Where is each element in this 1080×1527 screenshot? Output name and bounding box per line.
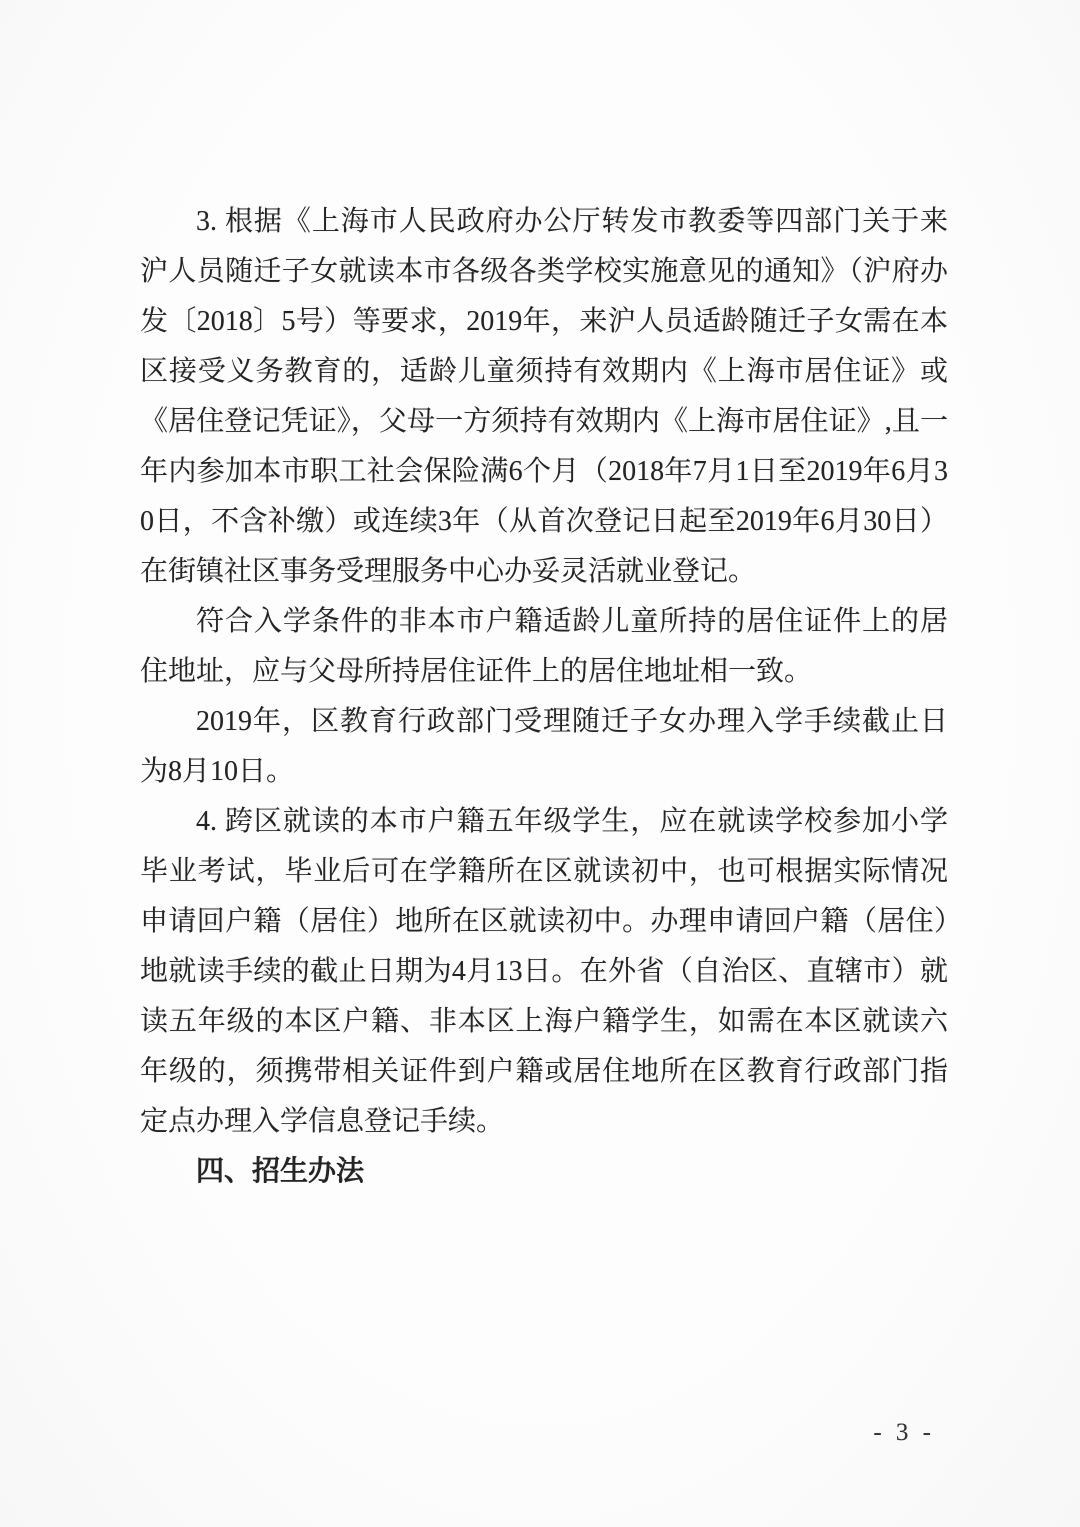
paragraph-address-consistency: 符合入学条件的非本市户籍适龄儿童所持的居住证件上的居住地址，应与父母所持居住证件… bbox=[140, 597, 948, 697]
paragraph-policy-basis: 3. 根据《上海市人民政府办公厅转发市教委等四部门关于来沪人员随迁子女就读本市各… bbox=[140, 197, 948, 597]
document-page: 3. 根据《上海市人民政府办公厅转发市教委等四部门关于来沪人员随迁子女就读本市各… bbox=[0, 0, 1080, 1527]
paragraph-registration-deadline: 2019年，区教育行政部门受理随迁子女办理入学手续截止日为8月10日。 bbox=[140, 697, 948, 797]
paragraph-cross-district-students: 4. 跨区就读的本市户籍五年级学生，应在就读学校参加小学毕业考试，毕业后可在学籍… bbox=[140, 797, 948, 1147]
page-number: - 3 - bbox=[873, 1418, 935, 1448]
section-heading-enrollment-method: 四、招生办法 bbox=[140, 1147, 948, 1197]
document-body: 3. 根据《上海市人民政府办公厅转发市教委等四部门关于来沪人员随迁子女就读本市各… bbox=[140, 197, 948, 1197]
